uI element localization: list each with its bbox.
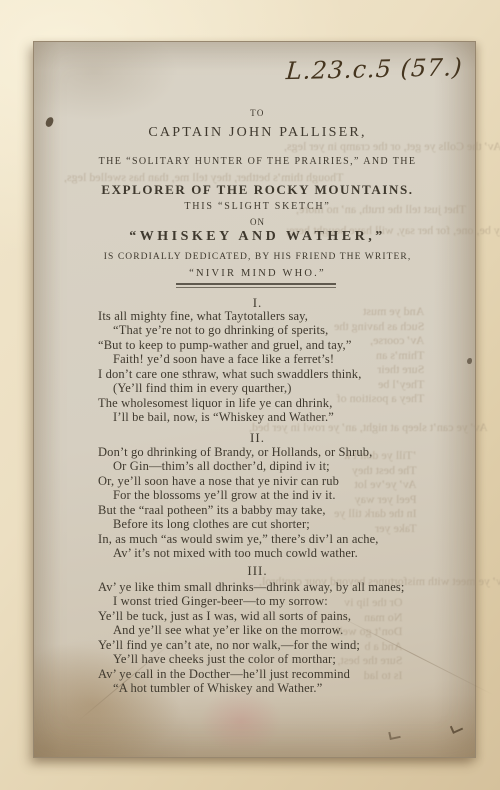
poem-line: The wholesomest liquor in life ye can dh…: [98, 396, 458, 410]
stanza-1: Its all mighty fine, what Taytotallers s…: [98, 309, 458, 425]
on-line: ON: [37, 217, 478, 227]
poem-line: Av’ it’s not mixed with too much cowld w…: [98, 546, 458, 560]
poem-line: I wonst tried Ginger-beer—to my sorrow:: [98, 594, 458, 608]
poem-line: “But to keep to pump-wather and gruel, a…: [98, 338, 458, 352]
crease-mark: [388, 730, 400, 740]
poem-line: And ye’ll see what ye’er like on the mor…: [98, 623, 458, 637]
poem-line: Faith! ye’d soon have a face like a ferr…: [98, 352, 458, 366]
poem-line: Ye’ll be tuck, just as I was, wid all so…: [98, 609, 458, 623]
poem-line: Av’ ye call in the Docther—he’ll just re…: [98, 667, 458, 681]
poem-line: “A hot tumbler of Whiskey and Wather.”: [98, 681, 458, 695]
stanza-3-numeral: III.: [37, 563, 478, 579]
poem-line: In, as much “as would swim ye,” there’s …: [98, 532, 458, 546]
show-through-text: Av’ the Colls ye get, or the cramp in ye…: [284, 139, 500, 154]
dedicatee-name: CAPTAIN JOHN PALLISER,: [37, 125, 478, 141]
author-pseudonym: “NIVIR MIND WHO.”: [37, 268, 478, 279]
dedicatee-epithet-2: EXPLORER OF THE ROCKY MOUNTAINS.: [37, 182, 478, 198]
stanza-2: Don’t go dhrinking of Brandy, or Holland…: [98, 445, 458, 561]
poem-line: Or, ye’ll soon have a nose that ye nivir…: [98, 474, 458, 488]
poem-line: I’ll be bail, now, is “Whiskey and Wathe…: [98, 410, 458, 424]
stanza-2-numeral: II.: [37, 430, 478, 446]
handwritten-shelfmark: L.23.c.5 (57.): [285, 53, 477, 85]
poem-line: “That ye’re not to go dhrinking of speri…: [98, 323, 458, 337]
poem-line: Its all mighty fine, what Taytotallers s…: [98, 309, 458, 323]
crease-mark: [450, 722, 463, 734]
dedication-line: IS CORDIALLY DEDICATED, BY HIS FRIEND TH…: [37, 252, 478, 262]
poem-line: Av’ ye like thim small dhrinks—dhrink aw…: [98, 580, 458, 594]
edge-nick: [467, 358, 472, 364]
poem-line: (Ye’ll find thim in every quarther,): [98, 381, 458, 395]
work-title: “WHISKEY AND WATHER,”: [37, 229, 478, 245]
stanza-3: Av’ ye like thim small dhrinks—dhrink aw…: [98, 580, 458, 696]
scanned-pamphlet-page: Av’ the Colls ye get, or the cramp in ye…: [33, 41, 476, 758]
poem-line: For the blossoms ye’ll grow at the ind i…: [98, 488, 458, 502]
dedicatee-epithet-1: THE “SOLITARY HUNTER OF THE PRAIRIES,” A…: [37, 156, 478, 167]
sketch-line: THIS “SLIGHT SKETCH”: [37, 201, 478, 212]
poem-line: But the “raal potheen” its a babby may t…: [98, 503, 458, 517]
poem-line: Or Gin—thim’s all docther’d, dipind iv i…: [98, 459, 458, 473]
photograph-mat-background: Av’ the Colls ye get, or the cramp in ye…: [0, 0, 500, 790]
dedication-to: TO: [37, 108, 478, 118]
poem-line: I don’t care one sthraw, what such swadd…: [98, 367, 458, 381]
poem-line: Before its long clothes are cut shorter;: [98, 517, 458, 531]
double-rule-divider: [176, 283, 336, 288]
poem-line: Don’t go dhrinking of Brandy, or Holland…: [98, 445, 458, 459]
